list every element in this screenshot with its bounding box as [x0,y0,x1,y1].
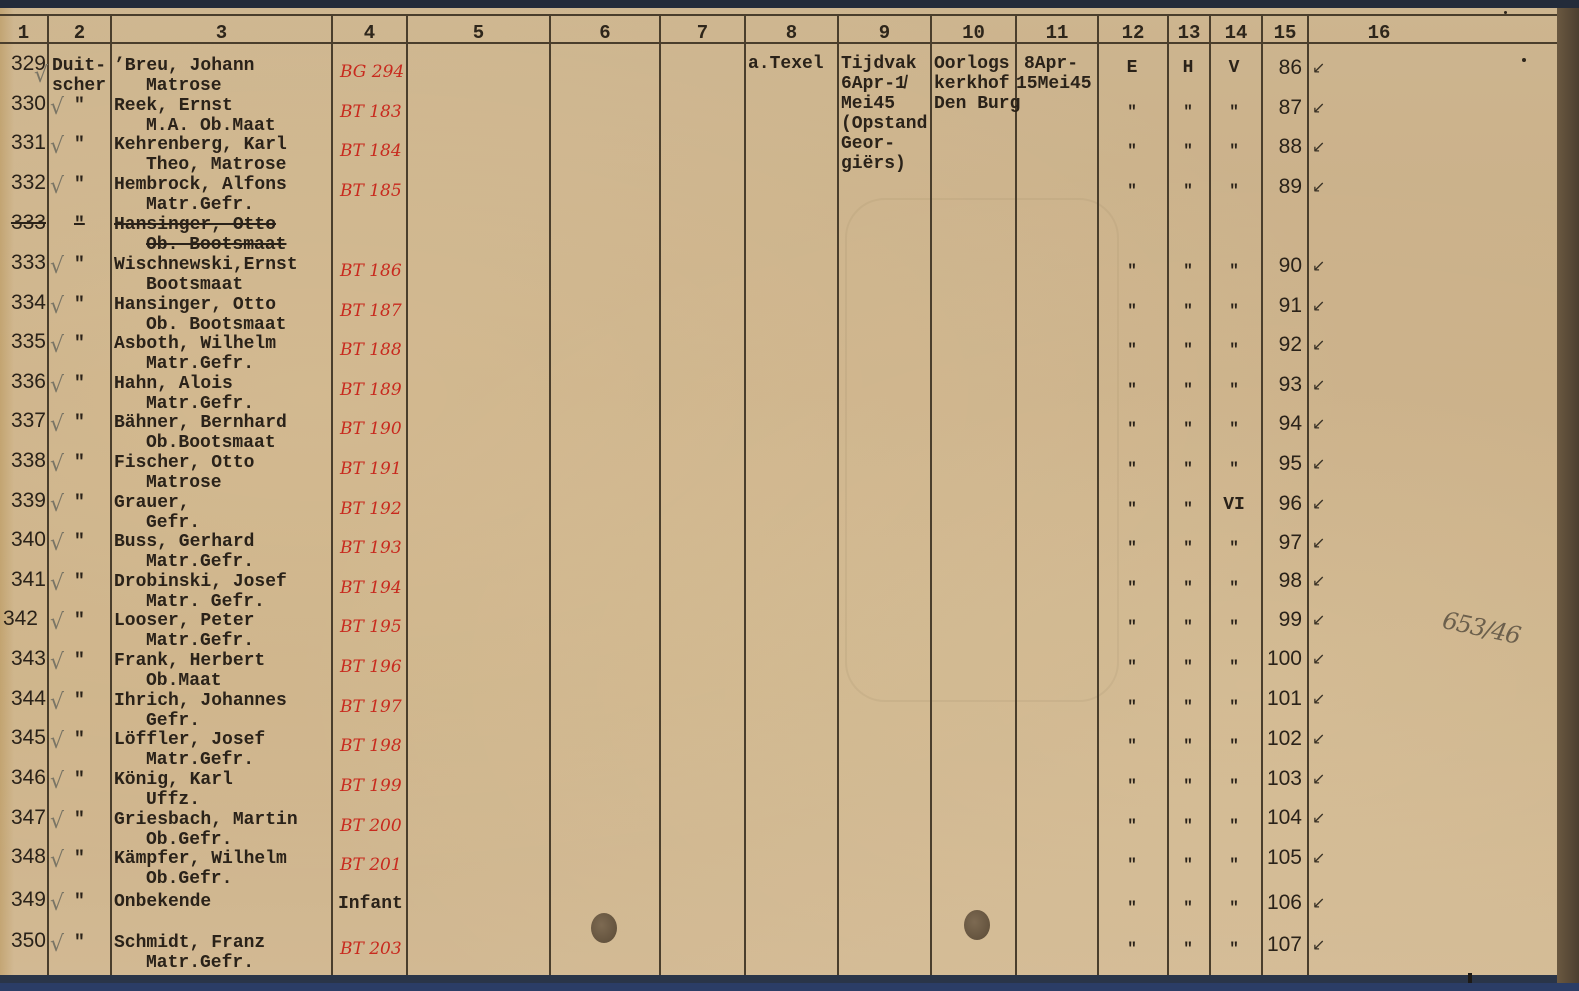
grave-reference: BT 191 [340,459,402,479]
column-12-value: " [1122,261,1142,281]
person-name: ’Breu, Johann [114,56,254,76]
col-rule-12 [1167,14,1169,975]
person-name: Grauer, [114,493,190,513]
person-name: Drobinski, Josef [114,572,287,592]
check-mark-icon: √ [50,177,64,197]
tick-mark-icon: ↙ [1312,533,1325,553]
nationality: " [74,532,85,552]
column-13-value: " [1178,261,1198,281]
column-12-value: " [1122,617,1142,637]
entry-number: 349 [2,890,46,910]
nationality: " [74,933,85,953]
entry-number: 346 [2,768,46,788]
tick-mark-icon: ↙ [1312,335,1325,355]
grave-reference: BT 183 [340,102,402,122]
grave-reference: BT 185 [340,181,402,201]
check-mark-icon: √ [50,613,64,633]
grave-reference: BT 199 [340,776,402,796]
tick-mark-icon: ↙ [1312,649,1325,669]
grave-reference: BT 194 [340,578,402,598]
person-rank: Ob. Bootsmaat [114,315,286,335]
column-12-value: " [1122,939,1142,959]
grave-reference: BT 196 [340,657,402,677]
column-header-8: 8 [746,20,837,46]
register-page: 1 2 3 4 5 6 7 8 9 10 11 12 13 14 15 16 a… [0,8,1560,975]
check-mark-icon: √ [50,894,64,914]
tick-mark-icon: ↙ [1312,137,1325,157]
column-12-value: " [1122,898,1142,918]
person-name: Hansinger, Otto [114,215,276,235]
column-14-value: " [1222,736,1246,756]
entry-number: 344 [2,689,46,709]
column-14-value: " [1222,380,1246,400]
col-rule-9 [930,14,932,975]
check-mark-icon: √ [50,98,64,118]
grave-number: 87 [1258,98,1302,118]
column-14-value: " [1222,816,1246,836]
header-top-rule [0,14,1560,16]
entry-number: 336 [2,372,46,392]
grave-number: 104 [1258,808,1302,828]
column-14-value: " [1222,898,1246,918]
check-mark-icon: √ [50,257,64,277]
column-13-value: " [1178,141,1198,161]
column-header-2: 2 [49,20,110,46]
check-mark-icon: √ [50,693,64,713]
person-rank: Ob.Gefr. [114,869,232,889]
person-name: Ihrich, Johannes [114,691,287,711]
grave-reference: BT 190 [340,419,402,439]
column-13-value: " [1178,181,1198,201]
entry-number: 334 [2,293,46,313]
nationality: " [74,849,85,869]
column-12-value: " [1122,538,1142,558]
punch-hole-right [964,910,990,940]
check-mark-icon: √ [34,66,48,86]
nationality: " [74,572,85,592]
person-rank: Ob.Gefr. [114,830,232,850]
grave-number: 92 [1258,335,1302,355]
tick-mark-icon: ↙ [1312,494,1325,514]
grave-number: 103 [1258,769,1302,789]
tick-mark-icon: ↙ [1312,256,1325,276]
column-13-value: " [1178,898,1198,918]
column-14-value: " [1222,657,1246,677]
person-name: Hahn, Alois [114,374,233,394]
grave-number: 93 [1258,375,1302,395]
background-edge [1557,8,1579,983]
person-rank: Bootsmaat [114,275,243,295]
entry-number: 335 [2,332,46,352]
check-mark-icon: √ [50,653,64,673]
column-12-value: " [1122,657,1142,677]
check-mark-icon: √ [50,495,64,515]
check-mark-icon: √ [50,574,64,594]
grave-reference: BT 187 [340,301,402,321]
column-13-value: " [1178,102,1198,122]
grave-number: 99 [1258,610,1302,630]
entry-number: 350 [2,931,46,951]
person-rank: Matr.Gefr. [114,631,254,651]
column-12-value: " [1122,102,1142,122]
nationality: " [74,96,85,116]
column-14-value: " [1222,419,1246,439]
tick-mark-icon: ↙ [1312,848,1325,868]
tick-mark-icon: ↙ [1312,414,1325,434]
column-13-value: " [1178,697,1198,717]
tick-mark-icon: ↙ [1312,296,1325,316]
place-of-death: a.Texel [748,54,824,74]
person-rank: Ob.Maat [114,671,222,691]
column-header-10: 10 [932,20,1015,46]
grave-number: 102 [1258,729,1302,749]
column-14-value: " [1222,459,1246,479]
column-14-value: " [1222,141,1246,161]
entry-number: 337 [2,411,46,431]
column-13-value: " [1178,459,1198,479]
entry-number: 333 [2,213,46,233]
person-name: Kehrenberg, Karl [114,135,287,155]
grave-number: 94 [1258,414,1302,434]
nationality: " [74,215,85,235]
grave-number: 100 [1258,649,1302,669]
column-13-value: " [1178,380,1198,400]
column-12-value: " [1122,459,1142,479]
col-rule-11 [1097,14,1099,975]
column-header-16: 16 [1309,20,1449,46]
person-rank: Matr.Gefr. [114,953,254,973]
column-header-12: 12 [1099,20,1167,46]
entry-number: 331 [2,133,46,153]
person-name: Hansinger, Otto [114,295,276,315]
column-header-11: 11 [1017,20,1097,46]
person-name: König, Karl [114,770,233,790]
check-mark-icon: √ [50,297,64,317]
grave-reference: Infant [338,894,403,914]
column-13-value: " [1178,617,1198,637]
column-12-value: " [1122,141,1142,161]
person-rank: Uffz. [114,790,200,810]
column-13-value: " [1178,736,1198,756]
column-13-value: " [1178,301,1198,321]
person-name: Asboth, Wilhelm [114,334,276,354]
person-rank: Theo, Matrose [114,155,286,175]
entry-number: 341 [2,570,46,590]
check-mark-icon: √ [50,137,64,157]
check-mark-icon: √ [50,851,64,871]
nationality: " [74,730,85,750]
period-line-1: Tijdvak [841,54,917,74]
entry-number: 343 [2,649,46,669]
column-12-value: " [1122,697,1142,717]
grave-number: 97 [1258,533,1302,553]
check-mark-icon: √ [50,455,64,475]
window-bottom-edge [0,983,1579,991]
check-mark-icon: √ [50,415,64,435]
tick-mark-icon: ↙ [1312,689,1325,709]
entry-number: 338 [2,451,46,471]
person-rank: Matr.Gefr. [114,354,254,374]
person-name: Frank, Herbert [114,651,265,671]
ink-speck [1504,11,1507,14]
person-name: Bähner, Bernhard [114,413,287,433]
grave-number: 107 [1258,935,1302,955]
column-12-value: " [1122,499,1142,519]
column-14-value: " [1222,855,1246,875]
column-12-value: " [1122,736,1142,756]
grave-reference: BT 184 [340,141,402,161]
person-name: Griesbach, Martin [114,810,298,830]
nationality: " [74,175,85,195]
column-header-5: 5 [408,20,549,46]
grave-reference: BT 189 [340,380,402,400]
nationality: " [74,770,85,790]
nationality: " [74,334,85,354]
column-header-4: 4 [333,20,406,46]
grave-number: 91 [1258,296,1302,316]
person-rank: Matr.Gefr. [114,195,254,215]
check-mark-icon: √ [50,336,64,356]
entry-number: 340 [2,530,46,550]
person-name: Reek, Ernst [114,96,233,116]
grave-reference: BT 195 [340,617,402,637]
column-header-14: 14 [1211,20,1261,46]
col-rule-5 [549,14,551,975]
col-rule-6 [659,14,661,975]
column-12-value: " [1122,380,1142,400]
col-rule-8 [837,14,839,975]
grave-number: 90 [1258,256,1302,276]
person-name: Hembrock, Alfons [114,175,287,195]
nationality: " [74,493,85,513]
column-13-value: " [1178,538,1198,558]
tick-mark-icon: ↙ [1312,571,1325,591]
burial-date-line-2: 15Mei45 [1016,74,1092,94]
nationality: " [74,651,85,671]
nationality: Duit- [52,56,106,76]
person-rank: Matr.Gefr. [114,552,254,572]
entry-number: 342 [0,609,38,629]
cemetery-line-1: Oorlogs [934,54,1010,74]
column-14-value: " [1222,181,1246,201]
column-13-value: " [1178,499,1198,519]
grave-number: 95 [1258,454,1302,474]
grave-number: 106 [1258,893,1302,913]
column-14-value: VI [1222,495,1246,515]
column-header-9: 9 [839,20,930,46]
grave-reference: BT 200 [340,816,402,836]
person-rank: Matrose [114,473,222,493]
faded-stamp-watermark [845,198,1119,702]
tick-mark-icon: ↙ [1312,58,1325,78]
check-mark-icon: √ [50,812,64,832]
grave-reference: BT 193 [340,538,402,558]
tick-mark-icon: ↙ [1312,98,1325,118]
check-mark-icon: √ [50,732,64,752]
grave-reference: BT 192 [340,499,402,519]
col-rule-15 [1307,14,1309,975]
grave-number: 98 [1258,571,1302,591]
tick-mark-icon: ↙ [1312,729,1325,749]
column-14-value: V [1222,58,1246,78]
person-rank: Matrose [114,76,222,96]
col-rule-2 [110,14,112,975]
window-top-edge [0,0,1579,8]
period-line-5: Geor- [841,134,895,154]
entry-number: 333 [2,253,46,273]
column-header-6: 6 [551,20,659,46]
column-14-value: " [1222,776,1246,796]
person-rank: M.A. Ob.Maat [114,116,276,136]
person-rank: Gefr. [114,513,200,533]
entry-number: 339 [2,491,46,511]
grave-reference: BT 188 [340,340,402,360]
col-rule-7 [744,14,746,975]
column-14-value: " [1222,578,1246,598]
nationality: " [74,453,85,473]
col-rule-13 [1209,14,1211,975]
entry-number: 347 [2,808,46,828]
col-rule-4 [406,14,408,975]
col-rule-10 [1015,14,1017,975]
column-13-value: " [1178,855,1198,875]
grave-number: 88 [1258,137,1302,157]
nationality-continued: scher [52,76,106,96]
period-line-2: 6Apr-1̸ [841,74,906,94]
grave-reference: BT 203 [340,939,402,959]
person-rank: Matr.Gefr. [114,750,254,770]
column-header-13: 13 [1169,20,1209,46]
nationality: " [74,255,85,275]
ink-speck [1522,58,1526,62]
nationality: " [74,295,85,315]
burial-date-line-1: 8Apr- [1024,54,1078,74]
person-name: Buss, Gerhard [114,532,254,552]
person-name: Schmidt, Franz [114,933,265,953]
check-mark-icon: √ [50,935,64,955]
cemetery-line-2: kerkhof [934,74,1010,94]
col-rule-1 [47,14,49,975]
column-13-value: " [1178,776,1198,796]
column-12-value: " [1122,340,1142,360]
tick-mark-icon: ↙ [1312,177,1325,197]
column-12-value: " [1122,816,1142,836]
grave-reference: BT 197 [340,697,402,717]
tick-mark-icon: ↙ [1312,808,1325,828]
column-14-value: " [1222,340,1246,360]
grave-number: 96 [1258,494,1302,514]
check-mark-icon: √ [50,376,64,396]
column-14-value: " [1222,102,1246,122]
column-14-value: " [1222,538,1246,558]
column-14-value: " [1222,697,1246,717]
column-12-value: " [1122,578,1142,598]
nationality: " [74,413,85,433]
period-line-6: giërs) [841,154,906,174]
tick-mark-icon: ↙ [1312,610,1325,630]
nationality: " [74,892,85,912]
person-name: Löffler, Josef [114,730,265,750]
grave-number: 89 [1258,177,1302,197]
grave-reference: BG 294 [340,62,404,82]
column-13-value: H [1178,58,1198,78]
tick-mark-icon: ↙ [1312,454,1325,474]
tick-mark-icon: ↙ [1312,769,1325,789]
column-13-value: " [1178,419,1198,439]
column-header-1: 1 [0,20,47,46]
grave-reference: BT 198 [340,736,402,756]
nationality: " [74,135,85,155]
column-header-15: 15 [1263,20,1307,46]
column-12-value: " [1122,855,1142,875]
tick-mark-icon: ↙ [1312,893,1325,913]
column-13-value: " [1178,816,1198,836]
column-12-value: " [1122,181,1142,201]
col-rule-3 [331,14,333,975]
person-rank: Ob. Bootsmaat [114,235,286,255]
person-name: Fischer, Otto [114,453,254,473]
nationality: " [74,611,85,631]
person-name: Wischnewski,Ernst [114,255,298,275]
period-line-3: Mei45 [841,94,895,114]
entry-number: 332 [2,173,46,193]
grave-number: 105 [1258,848,1302,868]
person-rank: Matr. Gefr. [114,592,265,612]
nationality: " [74,374,85,394]
tick-mark-icon: ↙ [1312,375,1325,395]
period-line-4: (Opstand [841,114,927,134]
column-14-value: " [1222,617,1246,637]
person-rank: Gefr. [114,711,200,731]
cemetery-line-3: Den Burg [934,94,1020,114]
column-14-value: " [1222,261,1246,281]
person-rank: Ob.Bootsmaat [114,433,276,453]
check-mark-icon: √ [50,772,64,792]
column-13-value: " [1178,340,1198,360]
entry-number: 345 [2,728,46,748]
column-13-value: " [1178,657,1198,677]
bottom-edge-mark [1468,973,1472,983]
nationality: " [74,810,85,830]
check-mark-icon: √ [50,534,64,554]
person-rank: Matr.Gefr. [114,394,254,414]
column-header-3: 3 [112,20,331,46]
column-12-value: " [1122,776,1142,796]
punch-hole-left [591,913,617,943]
entry-number: 348 [2,847,46,867]
person-name: Looser, Peter [114,611,254,631]
person-name: Kämpfer, Wilhelm [114,849,287,869]
column-13-value: " [1178,578,1198,598]
column-12-value: E [1122,58,1142,78]
column-14-value: " [1222,301,1246,321]
nationality: " [74,691,85,711]
tick-mark-icon: ↙ [1312,935,1325,955]
column-12-value: " [1122,301,1142,321]
column-14-value: " [1222,939,1246,959]
handwritten-reference-note: 653/46 [1440,606,1523,650]
entry-number: 330 [2,94,46,114]
grave-number: 86 [1258,58,1302,78]
grave-number: 101 [1258,689,1302,709]
column-12-value: " [1122,419,1142,439]
grave-reference: BT 186 [340,261,402,281]
grave-reference: BT 201 [340,855,402,875]
column-header-7: 7 [661,20,744,46]
column-13-value: " [1178,939,1198,959]
person-name: Onbekende [114,892,211,912]
